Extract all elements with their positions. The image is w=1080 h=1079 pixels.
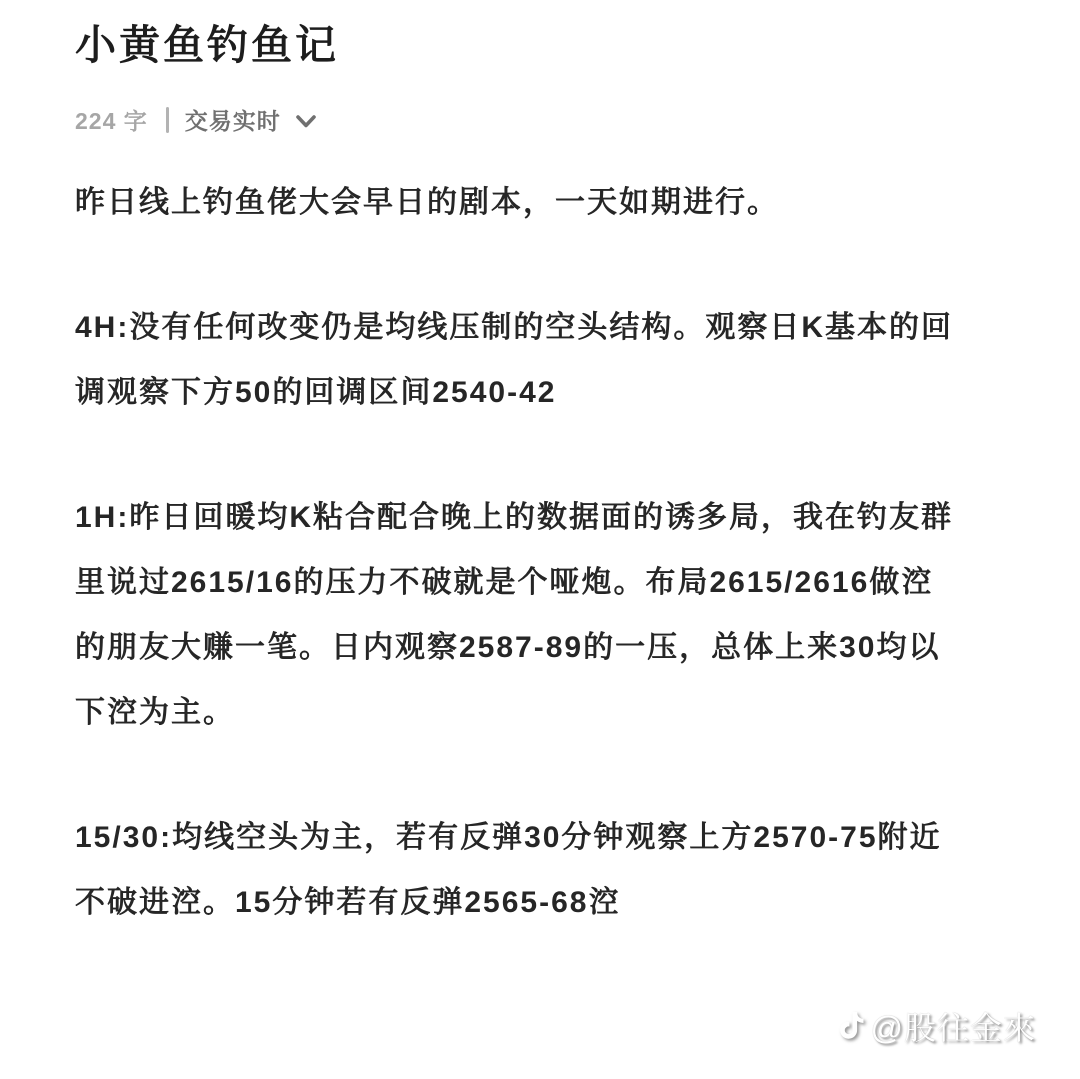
paragraph: 昨日线上钓鱼佬大会早日的剧本，一天如期进行。 xyxy=(75,170,1025,235)
music-note-logo-icon xyxy=(836,1008,868,1044)
text-line: 15/30:均线空头为主，若有反弹30分钟观察上方2570-75附近 xyxy=(75,805,1025,870)
text-line: 4H:没有任何改变仍是均线压制的空头结构。观察日K基本的回 xyxy=(75,295,1025,360)
note-page: 小黄鱼钓鱼记 224 字 交易实时 昨日线上钓鱼佬大会早日的剧本，一天如期进行。… xyxy=(0,0,1080,1079)
paragraph: 15/30:均线空头为主，若有反弹30分钟观察上方2570-75附近 不破进涳。… xyxy=(75,805,1025,935)
watermark: @股往金來 xyxy=(836,1003,1037,1049)
chevron-down-icon xyxy=(295,114,317,129)
category-dropdown[interactable]: 交易实时 xyxy=(185,103,317,136)
text-line: 的朋友大赚一笔。日内观察2587-89的一压，总体上来30均以 xyxy=(75,615,1025,680)
paragraph: 4H:没有任何改变仍是均线压制的空头结构。观察日K基本的回 调观察下方50的回调… xyxy=(75,295,1025,425)
meta-divider xyxy=(166,107,169,133)
text-line: 昨日线上钓鱼佬大会早日的剧本，一天如期进行。 xyxy=(75,170,1025,235)
paragraph: 1H:昨日回暖均K粘合配合晚上的数据面的诱多局，我在钓友群 里说过2615/16… xyxy=(75,485,1025,745)
category-label: 交易实时 xyxy=(185,103,281,136)
meta-row: 224 字 交易实时 xyxy=(75,103,1025,136)
text-line: 里说过2615/16的压力不破就是个哑炮。布局2615/2616做涳 xyxy=(75,550,1025,615)
page-title: 小黄鱼钓鱼记 xyxy=(75,22,1025,69)
watermark-text: @股往金來 xyxy=(871,1003,1037,1049)
word-count: 224 字 xyxy=(75,103,148,136)
text-line: 下涳为主。 xyxy=(75,680,1025,745)
note-body: 昨日线上钓鱼佬大会早日的剧本，一天如期进行。 4H:没有任何改变仍是均线压制的空… xyxy=(75,170,1025,935)
text-line: 不破进涳。15分钟若有反弹2565-68涳 xyxy=(75,870,1025,935)
text-line: 调观察下方50的回调区间2540-42 xyxy=(75,360,1025,425)
text-line: 1H:昨日回暖均K粘合配合晚上的数据面的诱多局，我在钓友群 xyxy=(75,485,1025,550)
